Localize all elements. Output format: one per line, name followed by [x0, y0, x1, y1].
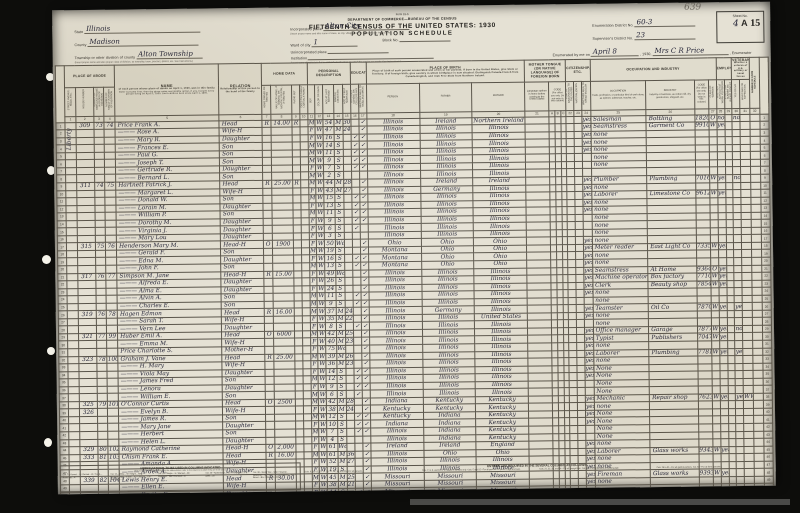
- cell-cd: [695, 137, 709, 145]
- cell-am: 24: [345, 308, 354, 316]
- cell-wr: [744, 416, 754, 424]
- column-header: STREET, AVENUE, ROAD, ETC.: [65, 87, 76, 116]
- cell-vt: [735, 295, 743, 303]
- cell-ra: [295, 353, 303, 361]
- cell-wr: [743, 310, 753, 318]
- cell-cd: [698, 424, 712, 432]
- cell-fa: [303, 391, 311, 399]
- column-header: AGE AT LAST BIRTHDAY: [323, 84, 334, 113]
- cell-fs: [751, 204, 760, 212]
- cell-rc: W: [318, 346, 326, 354]
- supdist-value: 23: [634, 32, 695, 41]
- line-number: 19: [58, 258, 67, 266]
- line-number: 18: [58, 251, 67, 259]
- cell-ag: 11: [325, 293, 336, 301]
- line-number: 3: [56, 137, 65, 145]
- cell-sc: [354, 345, 362, 353]
- cell-fs: [753, 363, 762, 371]
- cell-wr: [741, 189, 751, 197]
- cell-na: [577, 350, 585, 358]
- cell-ra: [296, 414, 304, 422]
- cell-en: yes: [582, 123, 591, 131]
- cell-fs: [754, 416, 763, 424]
- cell-rw: ✓: [361, 277, 369, 285]
- line-number: 17: [761, 234, 771, 242]
- column-header: WHAT WAR OR EXPEDITION: [740, 79, 750, 108]
- cell-mr: M: [334, 127, 343, 135]
- cell-vt: no: [733, 174, 741, 182]
- corner-page-number: 639: [684, 2, 701, 12]
- cell-f: [107, 363, 118, 371]
- cell-un: [727, 333, 735, 341]
- cell-o: [264, 263, 273, 271]
- cell-fs: [750, 129, 759, 137]
- cell-vt: [733, 129, 741, 137]
- column-header: NUMBER OF DWELLING HOUSE IN ORDER OF VIS…: [93, 87, 104, 116]
- cell-f: 76: [106, 242, 117, 250]
- cell-mr: M: [335, 187, 344, 195]
- cell-fa: [302, 293, 310, 301]
- cell-wk: [721, 431, 729, 439]
- cell-vt: [734, 212, 742, 220]
- cell-am: [346, 375, 355, 383]
- cell-d: [97, 386, 108, 394]
- cell-am: [343, 194, 352, 202]
- cell-en: yes: [584, 267, 593, 275]
- cell-st: [66, 183, 77, 191]
- line-number: 36: [59, 386, 68, 394]
- cell-am: [343, 164, 352, 172]
- cell-im: [569, 358, 577, 366]
- cell-cd: [697, 341, 711, 349]
- cell-rc: W: [317, 240, 325, 248]
- cell-mr: S: [335, 247, 344, 255]
- cell-sx: F: [310, 285, 318, 293]
- cell-cd: 7870: [697, 303, 711, 311]
- column-header: WHETHER ABLE TO SPEAK ENGLISH: [582, 81, 591, 110]
- cell-vt: [736, 408, 744, 416]
- cell-un: [728, 386, 736, 394]
- line-number: 43: [60, 439, 69, 447]
- cell-na: [575, 207, 583, 215]
- cell-rw: ✓: [360, 217, 368, 225]
- cell-im: [566, 124, 574, 132]
- cell-ag: 16: [323, 134, 334, 142]
- cell-o: [264, 301, 273, 309]
- cell-cd: [696, 205, 710, 213]
- cell-en: yes: [585, 342, 594, 350]
- cell-mr: M: [335, 179, 344, 187]
- cell-un: [727, 310, 735, 318]
- line-number: 1: [56, 122, 65, 130]
- line-number: 24: [58, 296, 67, 304]
- cell-am: 25: [345, 330, 354, 338]
- cell-sc: ✓: [351, 141, 359, 149]
- cell-na: [576, 237, 584, 245]
- cell-sx: M: [308, 195, 316, 203]
- line-number: 2: [759, 121, 769, 129]
- cell-st: [66, 220, 77, 228]
- cell-cl: [711, 288, 719, 296]
- cell-st: [68, 371, 79, 379]
- cell-sx: M: [308, 180, 316, 188]
- cell-fs: [750, 137, 759, 145]
- cell-wr: [744, 446, 754, 454]
- cell-im: [569, 335, 577, 343]
- cell-ra: [293, 210, 301, 218]
- cell-am: [343, 134, 352, 142]
- field-county: County Madison: [74, 38, 198, 48]
- cell-fs: [753, 355, 762, 363]
- cell-un: [728, 439, 736, 447]
- cell-rw: ✓: [360, 254, 368, 262]
- cell-rw: ✓: [361, 262, 369, 270]
- cell-cd: [696, 250, 710, 258]
- cell-fa: [303, 399, 311, 407]
- incplace-value: Alton City: [323, 22, 409, 31]
- cell-sc: ✓: [352, 209, 360, 217]
- cell-fa: [304, 451, 312, 459]
- cell-mr: S: [336, 300, 345, 308]
- cell-f: 103: [108, 454, 119, 462]
- cell-im: [568, 290, 576, 298]
- cell-rw: ✓: [360, 179, 368, 187]
- cell-fa: [300, 172, 308, 180]
- cell-na: [575, 176, 583, 184]
- cell-en: yes: [585, 395, 594, 403]
- cell-ag: 26: [325, 278, 336, 286]
- cell-en: [585, 380, 594, 388]
- cell-am: [345, 323, 354, 331]
- cell-fs: [750, 121, 759, 129]
- line-number: 22: [58, 281, 67, 289]
- cell-wr: [741, 182, 751, 190]
- cell-un: [726, 220, 734, 228]
- cell-ag: 14: [326, 368, 337, 376]
- cell-mr: M: [337, 330, 346, 338]
- cell-wk: [720, 363, 728, 371]
- cell-sc: ✓: [351, 149, 359, 157]
- cell-cl: W: [712, 348, 720, 356]
- column-header: MOTHER TONGUE (OR NATIVE LANGUAGE) OF FO…: [524, 60, 566, 82]
- cell-mr: S: [334, 142, 343, 150]
- cell-un: [726, 273, 734, 281]
- cell-wr: [741, 197, 751, 205]
- cell-na: [574, 116, 582, 124]
- cell-mr: S: [336, 255, 345, 263]
- cell-d: [98, 439, 109, 447]
- cell-fs: [752, 303, 761, 311]
- cell-fs: [751, 220, 760, 228]
- cell-f: [107, 295, 118, 303]
- cell-ag: 3: [325, 232, 336, 240]
- cell-im: [568, 244, 576, 252]
- cell-am: [344, 277, 353, 285]
- cell-wr: [744, 408, 754, 416]
- cell-rw: ✓: [361, 307, 369, 315]
- cell-sc: [354, 398, 362, 406]
- cell-ag: 49: [325, 270, 336, 278]
- cell-rc: W: [316, 202, 324, 210]
- cell-fa: [301, 187, 309, 195]
- cell-ra: [292, 142, 300, 150]
- cell-st: [67, 273, 78, 281]
- cell-wk: yes: [721, 446, 729, 454]
- cell-im: [566, 131, 574, 139]
- cell-fa: [301, 255, 309, 263]
- cell-un: [728, 393, 736, 401]
- cell-im: [567, 139, 575, 147]
- cell-ag: 7: [327, 428, 338, 436]
- cell-ra: [295, 391, 303, 399]
- cell-st: [66, 213, 77, 221]
- cell-fs: [753, 370, 762, 378]
- cell-en: yes: [582, 131, 591, 139]
- cell-cl: W: [709, 122, 717, 130]
- cell-f: [106, 227, 117, 235]
- cell-en: yes: [586, 418, 595, 426]
- punch-hole: [47, 347, 55, 355]
- cell-cl: [710, 220, 718, 228]
- cell-en: [584, 297, 593, 305]
- line-number: 31: [762, 340, 772, 348]
- cell-rc: W: [318, 308, 326, 316]
- cell-sc: ✓: [353, 255, 361, 263]
- cell-en: [583, 214, 592, 222]
- cell-cd: [697, 311, 711, 319]
- column-header: YEAR OF IMMIGRATION TO THE UNITED STATES: [566, 81, 574, 110]
- entries-required-box: ENTRIES ARE REQUIRED IN THE SEVERAL COLU…: [301, 457, 774, 491]
- cell-sc: ✓: [355, 428, 363, 436]
- cell-sx: M: [311, 391, 319, 399]
- line-number: 38: [59, 402, 68, 410]
- cell-d: [95, 250, 106, 258]
- cell-ag: 14: [324, 142, 335, 150]
- cell-cd: 9364: [696, 265, 710, 273]
- cell-sx: M: [310, 353, 318, 361]
- cell-im: [570, 441, 578, 449]
- cell-rc: W: [315, 127, 323, 135]
- line-number: 27: [762, 310, 772, 318]
- cell-ag: 9: [325, 300, 336, 308]
- cell-en: yes: [584, 282, 593, 290]
- cell-en: yes: [584, 252, 593, 260]
- cell-en: yes: [584, 274, 593, 282]
- cell-sc: ✓: [352, 224, 360, 232]
- cell-ag: 75: [326, 345, 337, 353]
- cell-en: yes: [584, 289, 593, 297]
- cell-ra: [293, 240, 301, 248]
- line-number: 37: [763, 385, 773, 393]
- cell-wk: [719, 318, 727, 326]
- cell-ag: 39: [326, 353, 337, 361]
- cell-mr: M: [337, 398, 346, 406]
- line-number: 35: [59, 379, 68, 387]
- cell-un: [725, 167, 733, 175]
- cell-rw: ✓: [362, 368, 370, 376]
- cell-cl: [713, 424, 721, 432]
- cell-o: [263, 195, 272, 203]
- cell-sx: F: [309, 232, 317, 240]
- cell-im: [567, 161, 575, 169]
- line-number: 15: [57, 228, 66, 236]
- cell-cd: 7335: [696, 243, 710, 251]
- cell-rw: ✓: [363, 428, 371, 436]
- cell-cd: [697, 296, 711, 304]
- cell-cl: [710, 197, 718, 205]
- cell-na: [576, 282, 584, 290]
- cell-vt: [733, 159, 741, 167]
- cell-ag: 40: [326, 338, 337, 346]
- cell-na: [578, 425, 586, 433]
- cell-na: [574, 146, 582, 154]
- cell-d: 77: [96, 333, 107, 341]
- cell-ra: [296, 429, 304, 437]
- cell-mr: S: [338, 436, 347, 444]
- cell-ra: [293, 202, 301, 210]
- line-number: 44: [763, 438, 773, 446]
- cell-cd: [695, 160, 709, 168]
- cell-vt: [736, 416, 744, 424]
- cell-un: [726, 250, 734, 258]
- cell-un: [725, 144, 733, 152]
- cell-rc: W: [319, 391, 327, 399]
- cell-rw: [359, 171, 367, 179]
- cell-im: [567, 207, 575, 215]
- cell-wr: [743, 378, 753, 386]
- cell-am: 23: [345, 338, 354, 346]
- cell-st: [67, 296, 78, 304]
- cell-rc: W: [318, 330, 326, 338]
- cell-fa: [303, 421, 311, 429]
- cell-sx: F: [310, 346, 318, 354]
- cell-mr: S: [335, 202, 344, 210]
- cell-am: 26: [345, 353, 354, 361]
- cell-cl: [709, 137, 717, 145]
- cell-o: [264, 316, 273, 324]
- cell-o: [264, 286, 273, 294]
- line-number: 18: [761, 242, 771, 250]
- cell-v: 1900: [273, 240, 294, 248]
- cell-sc: [354, 330, 362, 338]
- cell-fa: [302, 263, 310, 271]
- cell-fa: [302, 338, 310, 346]
- cell-na: [575, 161, 583, 169]
- cell-o: [265, 346, 274, 354]
- cell-ra: [295, 338, 303, 346]
- cell-wr: [741, 152, 751, 160]
- cell-en: yes: [585, 373, 594, 381]
- sheet-letter: A: [741, 18, 748, 28]
- cell-en: [583, 222, 592, 230]
- cell-wk: [717, 137, 725, 145]
- cell-f: [108, 431, 119, 439]
- cell-sc: [355, 406, 363, 414]
- cell-o: [266, 422, 275, 430]
- cell-sc: [353, 270, 361, 278]
- cell-sc: [353, 315, 361, 323]
- cell-st: [67, 288, 78, 296]
- cell-am: [345, 345, 354, 353]
- cell-cd: [698, 386, 712, 394]
- cell-ag: 10: [327, 421, 338, 429]
- cell-o: [263, 210, 272, 218]
- cell-cd: [696, 235, 710, 243]
- line-number: 14: [57, 220, 66, 228]
- cell-d: [97, 416, 108, 424]
- cell-cl: [709, 167, 717, 175]
- cell-na: [577, 380, 585, 388]
- cell-im: [567, 146, 575, 154]
- cell-am: [346, 413, 355, 421]
- cell-un: [728, 424, 736, 432]
- cell-ra: [295, 406, 303, 414]
- line-number: 33: [762, 355, 772, 363]
- cell-am: 30: [342, 119, 351, 127]
- cell-un: [727, 341, 735, 349]
- cell-sc: [353, 277, 361, 285]
- cell-en: [583, 229, 592, 237]
- cell-un: [727, 356, 735, 364]
- line-number: 25: [762, 295, 772, 303]
- cell-ag: 12: [326, 376, 337, 384]
- cell-am: [345, 300, 354, 308]
- cell-f: 75: [105, 182, 116, 190]
- cell-ag: 54: [323, 119, 334, 127]
- cell-sx: F: [309, 240, 317, 248]
- schedule-table-wrap: PLACE OF ABODENAMEof each person whose p…: [55, 57, 774, 495]
- entries-note: Cols. 21, 22, 23, and 24—For all foreign…: [539, 467, 652, 471]
- cell-rc: W: [316, 142, 324, 150]
- cell-cd: [697, 288, 711, 296]
- cell-en: [586, 433, 595, 441]
- cell-na: [577, 373, 585, 381]
- cell-ra: [292, 127, 300, 135]
- cell-wr: [741, 220, 751, 228]
- cell-fa: [303, 384, 311, 392]
- cell-d: [95, 228, 106, 236]
- line-number: 33: [59, 364, 68, 372]
- cell-mr: M: [337, 406, 346, 414]
- cell-wk: [717, 129, 725, 137]
- cell-st: [68, 356, 79, 364]
- cell-ra: R: [292, 119, 300, 127]
- cell-f: [107, 303, 118, 311]
- line-number: 30: [762, 333, 772, 341]
- cell-st: [69, 417, 80, 425]
- cell-f: [105, 190, 116, 198]
- cell-rw: ✓: [359, 134, 367, 142]
- field-supervisor-district: Supervisor's District No. 23: [592, 32, 695, 41]
- cell-wk: [718, 235, 726, 243]
- cell-f: [108, 424, 119, 432]
- cell-en: yes: [585, 357, 594, 365]
- cell-ag: 4: [327, 436, 338, 444]
- cell-am: 27: [343, 187, 352, 195]
- cell-o: [266, 414, 275, 422]
- cell-en: [582, 154, 591, 162]
- column-header: MOTHER: [472, 82, 525, 112]
- cell-im: [568, 260, 576, 268]
- cell-o: [266, 437, 275, 445]
- cell-un: [725, 159, 733, 167]
- cell-un: [725, 129, 733, 137]
- cell-sc: ✓: [354, 383, 362, 391]
- column-header: NUMBER OF FAMILY IN ORDER OF VISITATION: [104, 87, 115, 116]
- cell-sc: ✓: [352, 194, 360, 202]
- cell-na: [575, 214, 583, 222]
- cell-rw: ✓: [359, 149, 367, 157]
